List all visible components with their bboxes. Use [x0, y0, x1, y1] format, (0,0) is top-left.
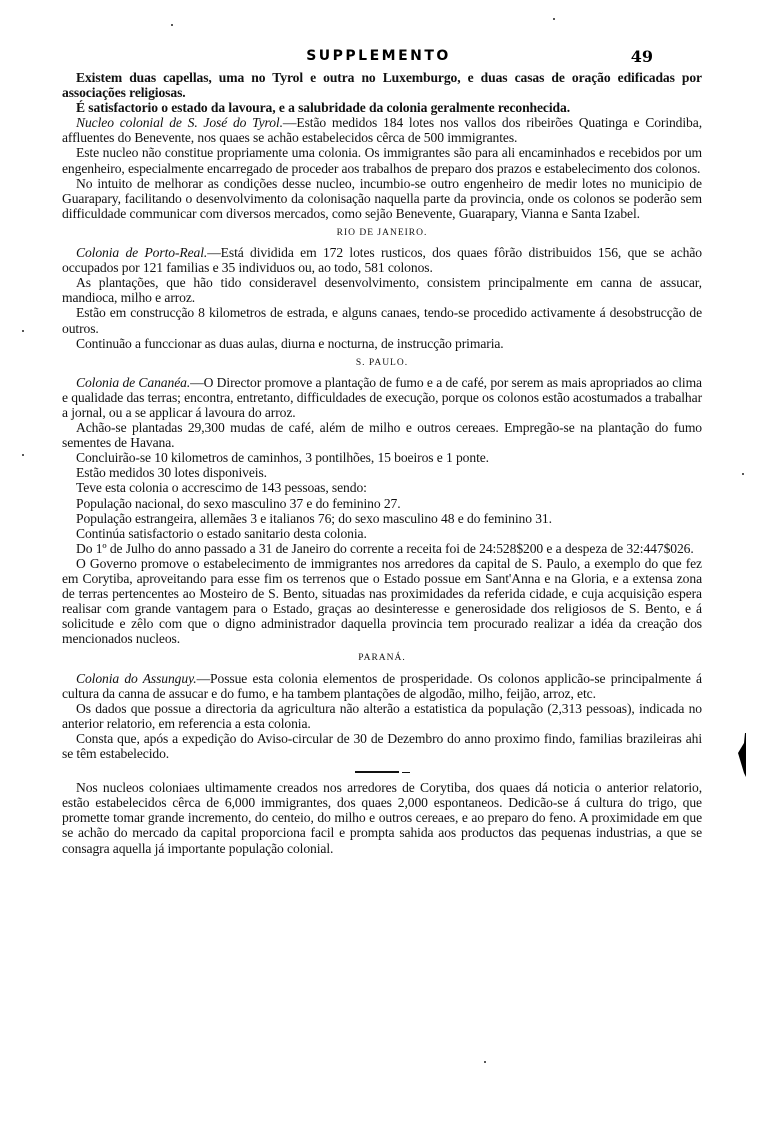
paragraph-sao-paulo-lead: Colonia de Cananéa.—O Director promove a… [62, 375, 702, 420]
print-speck [22, 330, 24, 332]
margin-mark-icon [738, 733, 746, 777]
paragraph: Concluirão-se 10 kilometros de caminhos,… [62, 450, 702, 465]
paragraph: Continúa satisfactorio o estado sanitari… [62, 526, 702, 541]
paragraph: As plantações, que hão tido consideravel… [62, 275, 702, 305]
paragraph: Nos nucleos coloniaes ultimamente creado… [62, 780, 702, 855]
separator-rule-short [402, 772, 410, 773]
paragraph-parana-lead: Colonia do Assunguy.—Possue esta colonia… [62, 671, 702, 701]
colony-name: Nucleo colonial de S. José do Tyrol. [76, 115, 283, 130]
paragraph: Existem duas capellas, uma no Tyrol e ou… [62, 70, 702, 100]
paragraph: Estão medidos 30 lotes disponiveis. [62, 465, 702, 480]
paragraph: O Governo promove o estabelecimento de i… [62, 556, 702, 647]
document-page: SUPPLEMENTO 49 Existem duas capellas, um… [0, 0, 757, 1144]
print-speck [742, 473, 744, 475]
body-text: Existem duas capellas, uma no Tyrol e ou… [62, 70, 702, 856]
paragraph: Teve esta colonia o accrescimo de 143 pe… [62, 480, 702, 495]
paragraph: Continuão a funccionar as duas aulas, di… [62, 336, 702, 351]
section-separator [62, 769, 702, 773]
colony-name: Colonia do Assunguy. [76, 671, 197, 686]
section-heading-sao-paulo: S. PAULO. [62, 356, 702, 371]
paragraph: População nacional, do sexo masculino 37… [62, 496, 702, 511]
paragraph: No intuito de melhorar as condições dess… [62, 176, 702, 221]
running-header: SUPPLEMENTO 49 [0, 48, 757, 68]
paragraph: Consta que, após a expedição do Aviso-ci… [62, 731, 702, 761]
paragraph: É satisfactorio o estado da lavoura, e a… [62, 100, 702, 115]
page-number: 49 [631, 47, 653, 66]
paragraph-rio-lead: Colonia de Porto-Real.—Está dividida em … [62, 245, 702, 275]
print-speck [553, 18, 555, 20]
separator-rule [355, 771, 399, 773]
print-speck [484, 1061, 486, 1063]
paragraph: Estão em construcção 8 kilometros de est… [62, 305, 702, 335]
paragraph: Do 1º de Julho do anno passado a 31 de J… [62, 541, 702, 556]
section-heading-rio: RIO DE JANEIRO. [62, 226, 702, 241]
colony-name: Colonia de Cananéa. [76, 375, 190, 390]
section-heading-parana: PARANÁ. [62, 651, 702, 666]
paragraph: População estrangeira, allemães 3 e ital… [62, 511, 702, 526]
print-speck [22, 454, 24, 456]
colony-name: Colonia de Porto-Real. [76, 245, 207, 260]
paragraph: Achão-se plantadas 29,300 mudas de café,… [62, 420, 702, 450]
print-speck [171, 24, 173, 26]
paragraph: Este nucleo não constitue propriamente u… [62, 145, 702, 175]
paragraph: Os dados que possue a directoria da agri… [62, 701, 702, 731]
paragraph-tyrol-lead: Nucleo colonial de S. José do Tyrol.—Est… [62, 115, 702, 145]
